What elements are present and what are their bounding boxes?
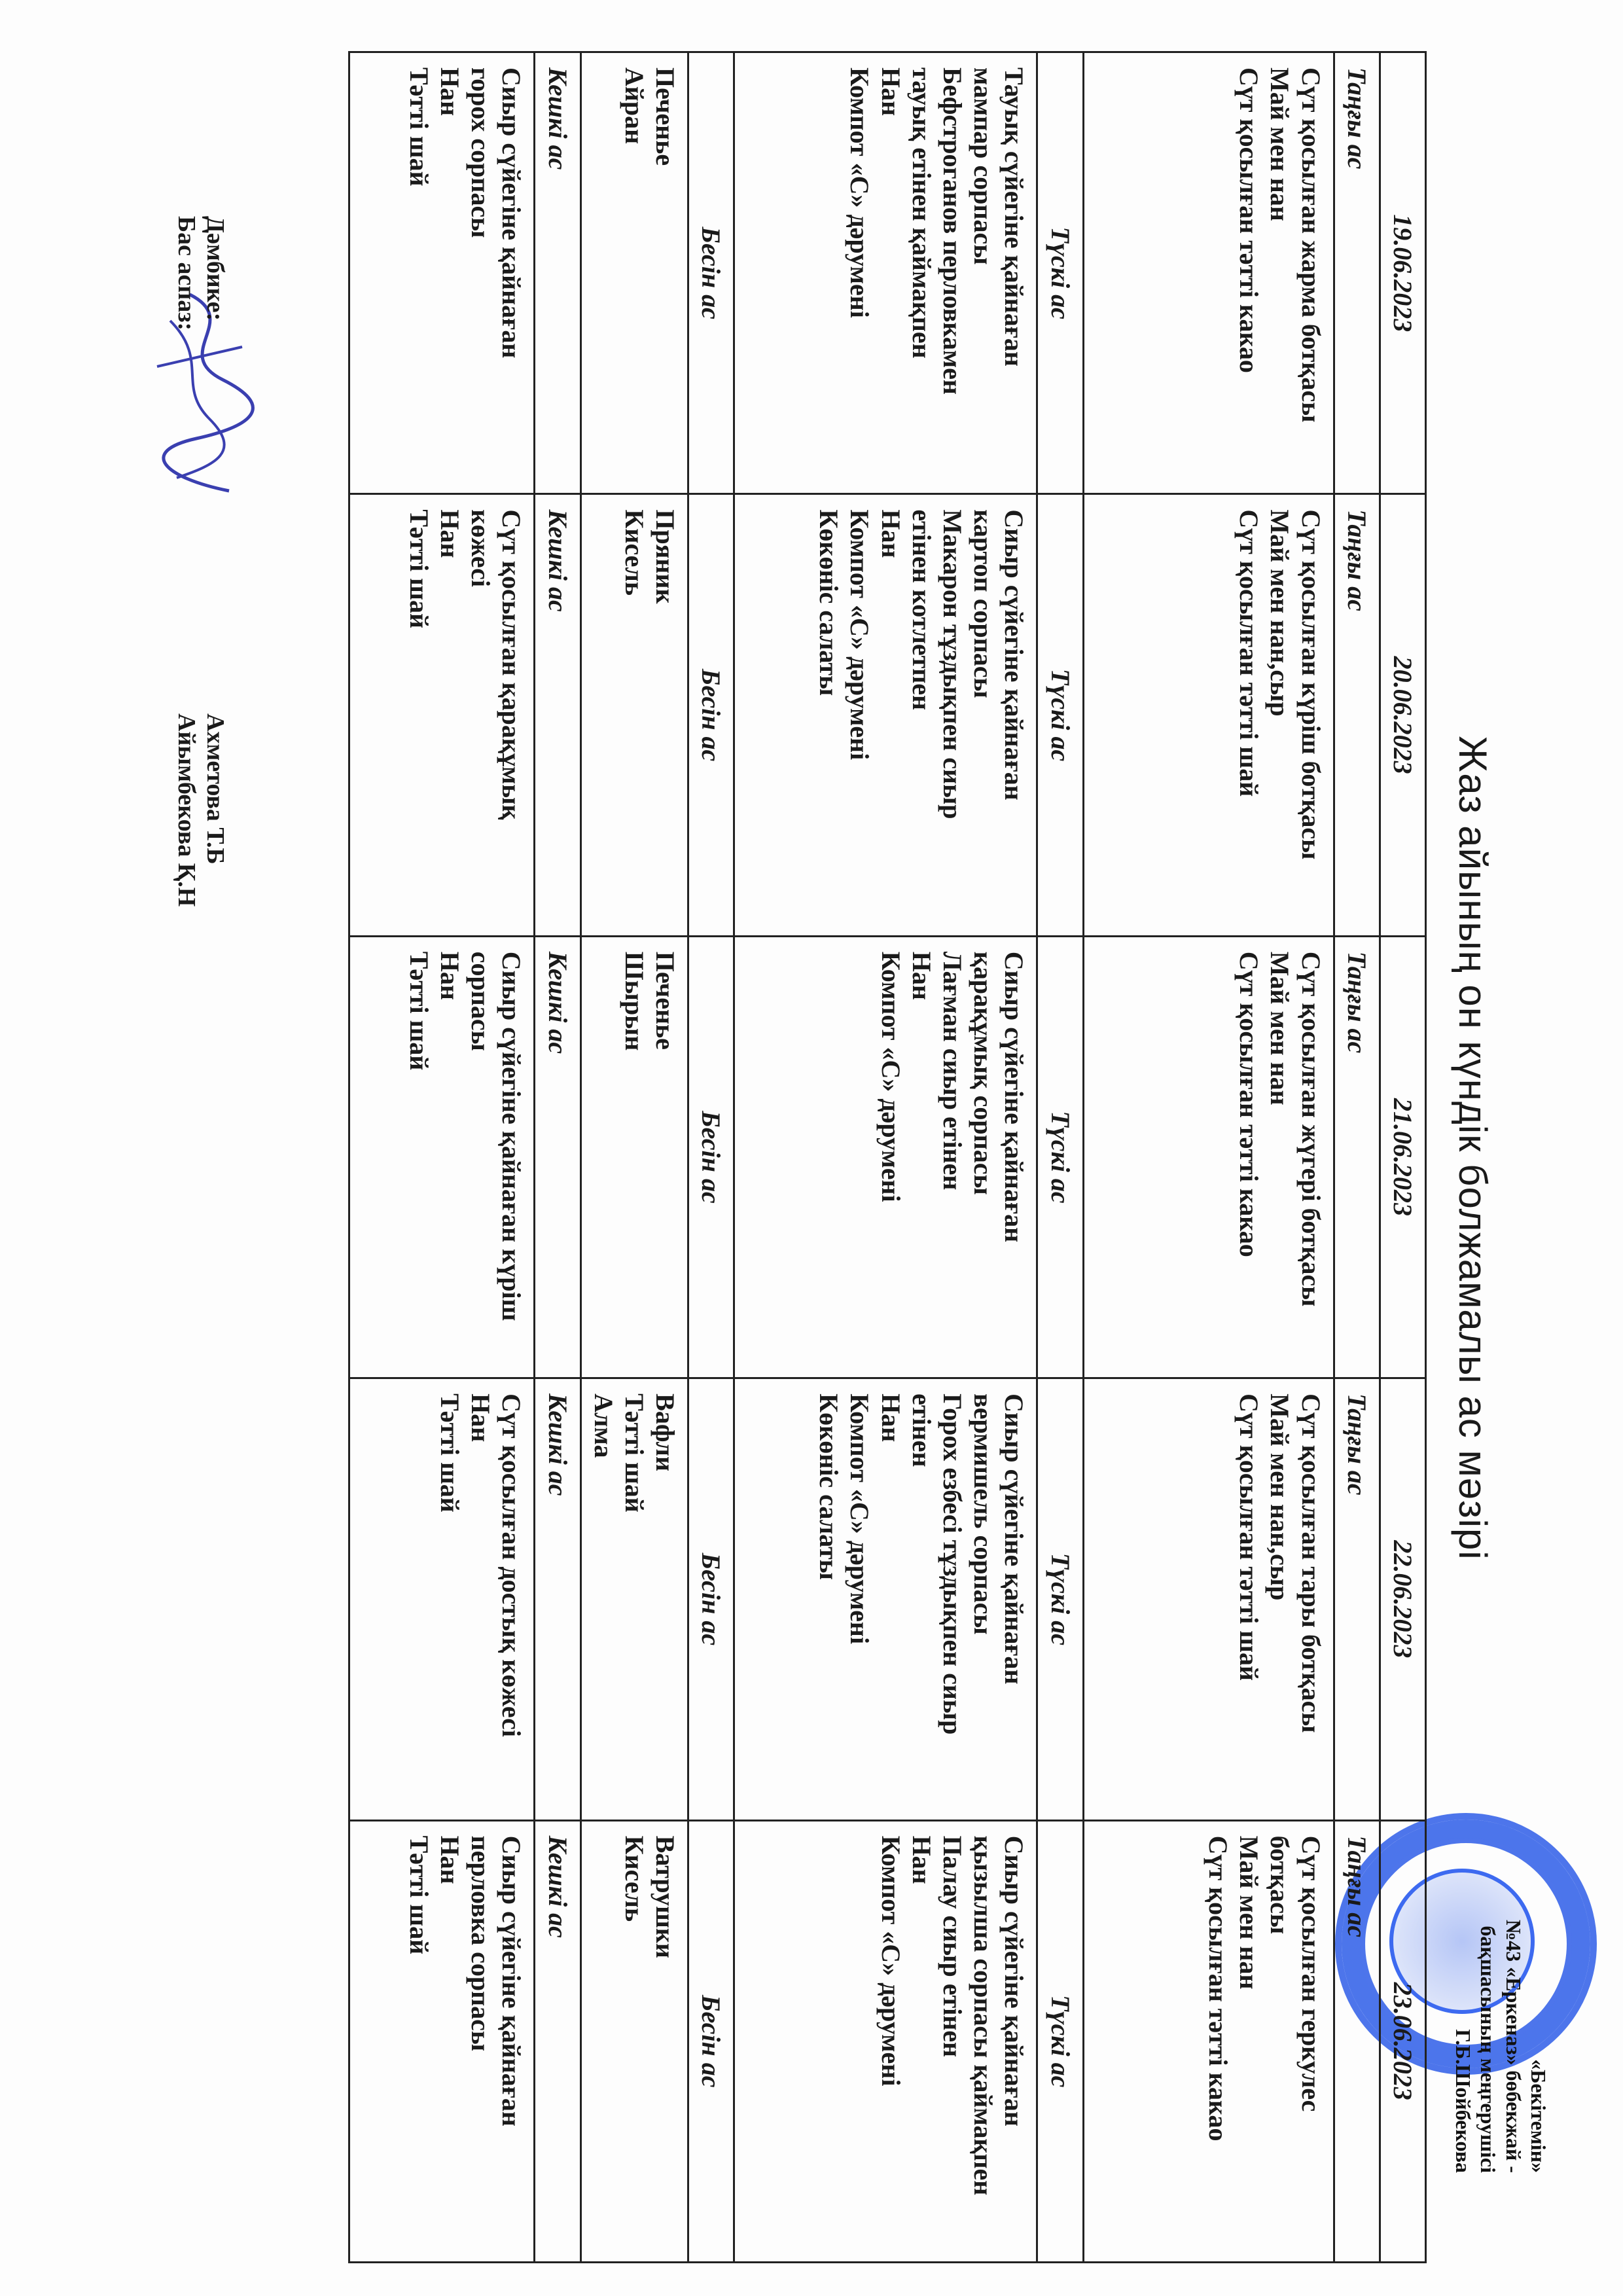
snack-items-row: ПеченьеАйранПряникКисельПеченьеШырынВафл… bbox=[580, 52, 688, 2263]
menu-item: Бефстроганов перловкамен bbox=[937, 67, 968, 478]
menu-item: Компот «С» дәрумені bbox=[844, 509, 875, 920]
menu-item: көжесі bbox=[465, 509, 496, 920]
lunch-items-cell: Сиыр сүйегіне қайнағанвермишель сорпасыГ… bbox=[734, 1378, 1037, 1820]
menu-item: горох сорпасы bbox=[465, 67, 496, 478]
lunch-label: Түскі ас bbox=[1037, 1820, 1083, 2262]
menu-item: етінен котлетпен bbox=[906, 509, 937, 920]
snack-items-cell: ВатрушкиКисель bbox=[580, 1820, 688, 2262]
menu-item: Компот «С» дәрумені bbox=[876, 1836, 906, 2247]
menu-item: Тәтті шай bbox=[404, 67, 435, 478]
dinner-label-row: Кешкі асКешкі асКешкі асКешкі асКешкі ас bbox=[535, 52, 580, 2263]
breakfast-items-cell: Сүт қосылған тары ботқасыМай мен нан,сыр… bbox=[1083, 1378, 1334, 1820]
lunch-label: Түскі ас bbox=[1037, 52, 1083, 494]
date-cell: 22.06.2023 bbox=[1380, 1378, 1425, 1820]
date-header-row: 19.06.202320.06.202321.06.202322.06.2023… bbox=[1380, 52, 1425, 2263]
breakfast-label: Таңғы ас bbox=[1334, 52, 1380, 494]
menu-item: Май мен нан bbox=[1264, 952, 1295, 1363]
menu-item: Пряник bbox=[650, 509, 681, 920]
signer-row: Бас аспаз: Айымбекова Қ.Н bbox=[172, 216, 201, 906]
menu-item: Компот «С» дәрумені bbox=[844, 67, 875, 478]
lunch-items-cell: Сиыр сүйегіне қайнағанқызылша сорпасы қа… bbox=[734, 1820, 1037, 2262]
menu-item: Тәтті шай bbox=[619, 1393, 650, 1804]
breakfast-label: Таңғы ас bbox=[1334, 1820, 1380, 2262]
menu-item: ботқасы bbox=[1264, 1836, 1295, 2247]
snack-label: Бесін ас bbox=[688, 936, 734, 1378]
menu-item: Нан bbox=[906, 1836, 937, 2247]
menu-item: Сүт қосылған қарақұмық bbox=[496, 509, 527, 920]
menu-item: Кисель bbox=[619, 509, 650, 920]
snack-items-cell: ПеченьеАйран bbox=[580, 52, 688, 494]
menu-item: Лағман сиыр етінен bbox=[937, 952, 968, 1363]
menu-item: Тәтті шай bbox=[404, 1836, 435, 2247]
dinner-items-cell: Сиыр сүйегіне қайнаған күрішсорпасыНанТә… bbox=[349, 936, 535, 1378]
menu-item: Шырын bbox=[619, 952, 650, 1363]
menu-item: Май мен нан bbox=[1234, 1836, 1264, 2247]
signer-row: Дәмбике: Ахметова Т.Б bbox=[200, 216, 229, 906]
menu-item: Тәтті шай bbox=[404, 952, 435, 1363]
dinner-items-cell: Сиыр сүйегіне қайнағанперловка сорпасыНа… bbox=[349, 1820, 535, 2262]
menu-item: Сүт қосылған тары ботқасы bbox=[1295, 1393, 1326, 1804]
lunch-label-row: Түскі асТүскі асТүскі асТүскі асТүскі ас bbox=[1037, 52, 1083, 2263]
breakfast-label: Таңғы ас bbox=[1334, 936, 1380, 1378]
snack-label: Бесін ас bbox=[688, 1378, 734, 1820]
breakfast-label-row: Таңғы асТаңғы асТаңғы асТаңғы асТаңғы ас bbox=[1334, 52, 1380, 2263]
breakfast-label: Таңғы ас bbox=[1334, 1378, 1380, 1820]
menu-item: Сүт қосылған тәтті какао bbox=[1234, 67, 1264, 478]
menu-item: Май мен нан,сыр bbox=[1264, 509, 1295, 920]
menu-item: Сүт қосылған күріш ботқасы bbox=[1295, 509, 1326, 920]
menu-item: Нан bbox=[435, 952, 465, 1363]
date-cell: 23.06.2023 bbox=[1380, 1820, 1425, 2262]
menu-item: Палау сиыр етінен bbox=[937, 1836, 968, 2247]
menu-item: Печенье bbox=[650, 67, 681, 478]
menu-item: Нан bbox=[876, 67, 906, 478]
menu-item: вермишель сорпасы bbox=[968, 1393, 999, 1804]
snack-label: Бесін ас bbox=[688, 1820, 734, 2262]
menu-item: тауық етінен қаймақпен bbox=[906, 67, 937, 478]
lunch-label: Түскі ас bbox=[1037, 1378, 1083, 1820]
menu-item: сорпасы bbox=[465, 952, 496, 1363]
date-cell: 21.06.2023 bbox=[1380, 936, 1425, 1378]
menu-item: перловка сорпасы bbox=[465, 1836, 496, 2247]
menu-item: Сиыр сүйегіне қайнаған күріш bbox=[496, 952, 527, 1363]
menu-item: Горох езбесі тұздықпен сиыр bbox=[937, 1393, 968, 1804]
lunch-label: Түскі ас bbox=[1037, 494, 1083, 936]
lunch-items-cell: Сиыр сүйегіне қайнағанқарақұмық сорпасыЛ… bbox=[734, 936, 1037, 1378]
snack-items-cell: ПряникКисель bbox=[580, 494, 688, 936]
menu-item: Сүт қосылған геркулес bbox=[1295, 1836, 1326, 2247]
menu-item: Көкөніс салаты bbox=[813, 509, 844, 920]
menu-item: Май мен нан bbox=[1264, 67, 1295, 478]
menu-item: мампар сорпасы bbox=[968, 67, 999, 478]
menu-item: картоп сорпасы bbox=[968, 509, 999, 920]
menu-item: Макарон тұздықпен сиыр bbox=[937, 509, 968, 920]
menu-item: Компот «С» дәрумені bbox=[876, 952, 906, 1363]
snack-label: Бесін ас bbox=[688, 494, 734, 936]
approval-block: «Бекітемін» №43 «Еркеназ» бөбекжай - бақ… bbox=[1400, 1800, 1597, 2140]
menu-table: 19.06.202320.06.202321.06.202322.06.2023… bbox=[349, 51, 1427, 2263]
menu-item: Кисель bbox=[619, 1836, 650, 2247]
menu-item: Сүт қосылған достық көжесі bbox=[496, 1393, 527, 1804]
menu-item: Печенье bbox=[650, 952, 681, 1363]
breakfast-label: Таңғы ас bbox=[1334, 494, 1380, 936]
menu-item: Сиыр сүйегіне қайнаған bbox=[999, 1836, 1029, 2247]
menu-item: Тауық сүйегіне қайнаған bbox=[999, 67, 1029, 478]
dinner-items-cell: Сиыр сүйегіне қайнағангорох сорпасыНанТә… bbox=[349, 52, 535, 494]
menu-item: Нан bbox=[435, 1836, 465, 2247]
menu-item: Айран bbox=[619, 67, 650, 478]
menu-item: Май мен нан,сыр bbox=[1264, 1393, 1295, 1804]
snack-items-cell: ПеченьеШырын bbox=[580, 936, 688, 1378]
menu-item: Сүт қосылған тәтті какао bbox=[1203, 1836, 1234, 2247]
snack-label-row: Бесін асБесін асБесін асБесін асБесін ас bbox=[688, 52, 734, 2263]
dinner-label: Кешкі ас bbox=[535, 936, 580, 1378]
menu-item: Тәтті шай bbox=[435, 1393, 465, 1804]
breakfast-items-cell: Сүт қосылған жарма ботқасыМай мен нанСүт… bbox=[1083, 52, 1334, 494]
snack-label: Бесін ас bbox=[688, 52, 734, 494]
dinner-label: Кешкі ас bbox=[535, 52, 580, 494]
dinner-items-cell: Сүт қосылған қарақұмықкөжесіНанТәтті шай bbox=[349, 494, 535, 936]
dinner-items-row: Сиыр сүйегіне қайнағангорох сорпасыНанТә… bbox=[349, 52, 535, 2263]
menu-item: Алма bbox=[588, 1393, 619, 1804]
menu-item: Нан bbox=[876, 509, 906, 920]
breakfast-items-row: Сүт қосылған жарма ботқасыМай мен нанСүт… bbox=[1083, 52, 1334, 2263]
dinner-label: Кешкі ас bbox=[535, 494, 580, 936]
date-cell: 19.06.2023 bbox=[1380, 52, 1425, 494]
signers-footer: Дәмбике: Ахметова Т.Б Бас аспаз: Айымбек… bbox=[172, 216, 229, 906]
menu-item: Компот «С» дәрумені bbox=[844, 1393, 875, 1804]
menu-item: Ватрушки bbox=[650, 1836, 681, 2247]
breakfast-items-cell: Сүт қосылған жүгері ботқасыМай мен нанСү… bbox=[1083, 936, 1334, 1378]
menu-item: Сиыр сүйегіне қайнаған bbox=[999, 509, 1029, 920]
menu-item: Нан bbox=[465, 1393, 496, 1804]
menu-item: қарақұмық сорпасы bbox=[968, 952, 999, 1363]
menu-item: Нан bbox=[906, 952, 937, 1363]
snack-items-cell: ВафлиТәтті шайАлма bbox=[580, 1378, 688, 1820]
menu-item: Вафли bbox=[650, 1393, 681, 1804]
menu-item: Сиыр сүйегіне қайнаған bbox=[496, 67, 527, 478]
menu-item: Нан bbox=[435, 509, 465, 920]
menu-item: Сүт қосылған тәтті какао bbox=[1234, 952, 1264, 1363]
lunch-label: Түскі ас bbox=[1037, 936, 1083, 1378]
menu-item: Сүт қосылған тәтті шай bbox=[1234, 509, 1264, 920]
dinner-label: Кешкі ас bbox=[535, 1378, 580, 1820]
menu-item: қызылша сорпасы қаймақпен bbox=[968, 1836, 999, 2247]
menu-item: Сиыр сүйегіне қайнаған bbox=[496, 1836, 527, 2247]
menu-item: Сүт қосылған жарма ботқасы bbox=[1295, 67, 1326, 478]
menu-item: Тәтті шай bbox=[404, 509, 435, 920]
page-title: Жаз айының он күндік болжамалы ас мәзірі bbox=[1450, 0, 1495, 2296]
lunch-items-row: Тауық сүйегіне қайнағанмампар сорпасыБеф… bbox=[734, 52, 1037, 2263]
menu-item: Нан bbox=[876, 1393, 906, 1804]
menu-item: Сиыр сүйегіне қайнаған bbox=[999, 1393, 1029, 1804]
menu-item: Нан bbox=[435, 67, 465, 478]
lunch-items-cell: Тауық сүйегіне қайнағанмампар сорпасыБеф… bbox=[734, 52, 1037, 494]
date-cell: 20.06.2023 bbox=[1380, 494, 1425, 936]
menu-item: Сүт қосылған тәтті шай bbox=[1234, 1393, 1264, 1804]
breakfast-items-cell: Сүт қосылған геркулесботқасыМай мен нанС… bbox=[1083, 1820, 1334, 2262]
dinner-items-cell: Сүт қосылған достық көжесіНанТәтті шай bbox=[349, 1378, 535, 1820]
dinner-label: Кешкі ас bbox=[535, 1820, 580, 2262]
lunch-items-cell: Сиыр сүйегіне қайнағанкартоп сорпасыМака… bbox=[734, 494, 1037, 936]
menu-item: Көкөніс салаты bbox=[813, 1393, 844, 1804]
menu-item: Сиыр сүйегіне қайнаған bbox=[999, 952, 1029, 1363]
breakfast-items-cell: Сүт қосылған күріш ботқасыМай мен нан,сы… bbox=[1083, 494, 1334, 936]
menu-document: «Бекітемін» №43 «Еркеназ» бөбекжай - бақ… bbox=[0, 0, 1623, 2296]
menu-item: Сүт қосылған жүгері ботқасы bbox=[1295, 952, 1326, 1363]
menu-item: етінен bbox=[906, 1393, 937, 1804]
